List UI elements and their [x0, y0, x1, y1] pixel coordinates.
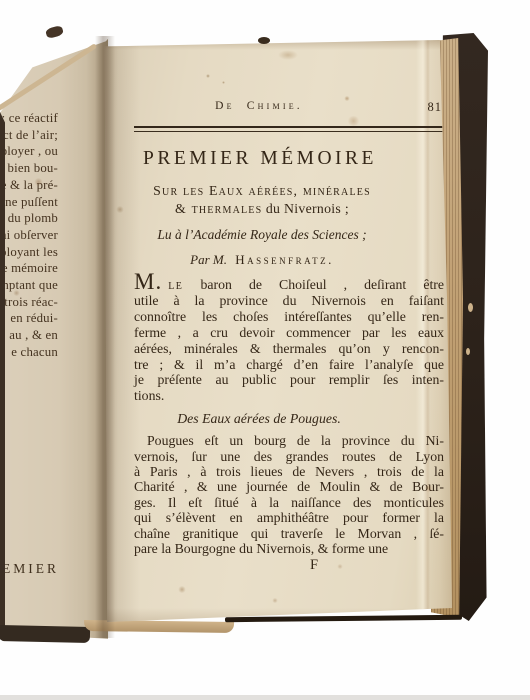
text-line: connoître les choſes intéreſſantes qu’el… [134, 309, 444, 325]
headband-speck [258, 37, 270, 44]
text-line: Pougues eſt un bourg de la province du N… [134, 433, 444, 448]
paragraph-1: M.le baron de Choiſeul , deſirant être u… [134, 277, 444, 404]
subtitle-line-2-caps: & thermales [175, 201, 262, 216]
page-bottom-shadow [225, 615, 462, 622]
left-text-line: ; ce réactif [0, 110, 58, 127]
text-line: vernois, ſur une des grandes routes de L… [134, 449, 444, 464]
left-text-line: ire & la pré- [0, 177, 58, 194]
catchword: EMIER [2, 561, 59, 577]
right-page: De Chimie. 81 PREMIER MÉMOIRE Sur les Ea… [104, 40, 452, 622]
signature-mark: F [134, 557, 444, 574]
left-text-line: ployant les [0, 244, 58, 261]
lead-caps: le [168, 277, 183, 292]
left-text-line: ployer , ou [0, 143, 58, 160]
text-line: ferme , a cru devoir commencer par les e… [134, 325, 444, 341]
byline-prefix: Par M. [190, 252, 227, 267]
running-head-row: De Chimie. 81 [134, 100, 444, 115]
left-text-line: tact de l’air; [0, 127, 58, 144]
text-line-rest: baron de Choiſeul , deſirant être [200, 277, 444, 292]
text-line: qui s’élèvent en amphithéâtre pour forme… [134, 510, 444, 525]
text-line: pare la Bourgogne du Nivernois, & forme … [134, 541, 444, 556]
text-line: tre ; & il m’a chargé d’en faire l’analy… [134, 357, 444, 373]
drop-initial: M. [134, 269, 162, 294]
text-line: ges. Il eſt ſitué à la naiſſance des mon… [134, 495, 444, 510]
paragraph-2: Pougues eſt un bourg de la province du N… [134, 433, 444, 556]
left-text-line: e chacun [0, 344, 58, 361]
left-page: ; ce réactif tact de l’air; ployer , ou … [0, 34, 108, 640]
text-line: Charité , & une journée de Moulin & de B… [134, 479, 444, 494]
text-line: tions. [134, 388, 444, 404]
book-photo: { "photo": { "background_color": "#fefef… [0, 0, 530, 700]
left-cover-bottom-edge [0, 625, 90, 643]
text-line: à Paris , à trois lieues de Nevers , tro… [134, 464, 444, 479]
header-rule [134, 126, 444, 132]
text-line: utile à la province du Nivernois en faiſ… [134, 293, 444, 309]
memoir-title: PREMIER MÉMOIRE [134, 148, 386, 170]
byline: Par M. Hassenfratz. [134, 252, 390, 268]
photo-edge-strip [0, 695, 530, 700]
subtitle-line-2-rest: du Nivernois ; [266, 201, 349, 216]
cover-wear-mark [468, 303, 473, 312]
text-line: chaîne granitique qui traverſe le Morvan… [134, 526, 444, 541]
left-text-line: e mémoire [0, 260, 58, 277]
academy-note: Lu à l’Académie Royale des Sciences ; [134, 227, 390, 243]
left-text-line: au , & en [0, 327, 58, 344]
left-cover-edge [0, 112, 5, 640]
subtitle: Sur les Eaux aérées, minérales & thermal… [134, 182, 390, 217]
left-text-line: trois réac- [0, 294, 58, 311]
left-text-line: & bien bou- [0, 160, 58, 177]
text-line: M.le baron de Choiſeul , deſirant être [134, 277, 444, 293]
running-head: De Chimie. [134, 100, 384, 112]
page-number: 81 [428, 100, 443, 115]
subtitle-line-2: & thermales du Nivernois ; [134, 200, 390, 218]
corner-speck [45, 25, 64, 39]
byline-name: Hassenfratz. [235, 252, 334, 267]
cover-wear-mark [466, 348, 470, 355]
gutter-shadow [95, 36, 115, 638]
page-content: De Chimie. 81 PREMIER MÉMOIRE Sur les Ea… [134, 54, 444, 574]
left-text-line: ai obſerver [0, 227, 58, 244]
text-line: je préſente au public pour remplir ſes i… [134, 372, 444, 388]
left-text-line: nptant que [0, 277, 58, 294]
left-text-line: du plomb [0, 210, 58, 227]
subtitle-line-1: Sur les Eaux aérées, minérales [134, 182, 390, 200]
left-page-text: ; ce réactif tact de l’air; ployer , ou … [0, 110, 58, 361]
left-text-line: ne puſſent [0, 194, 58, 211]
left-text-line: en rédui- [0, 310, 58, 327]
section-heading: Des Eaux aérées de Pougues. [134, 411, 384, 427]
text-line: aérées, minérales & thermales qu’on y re… [134, 341, 444, 357]
